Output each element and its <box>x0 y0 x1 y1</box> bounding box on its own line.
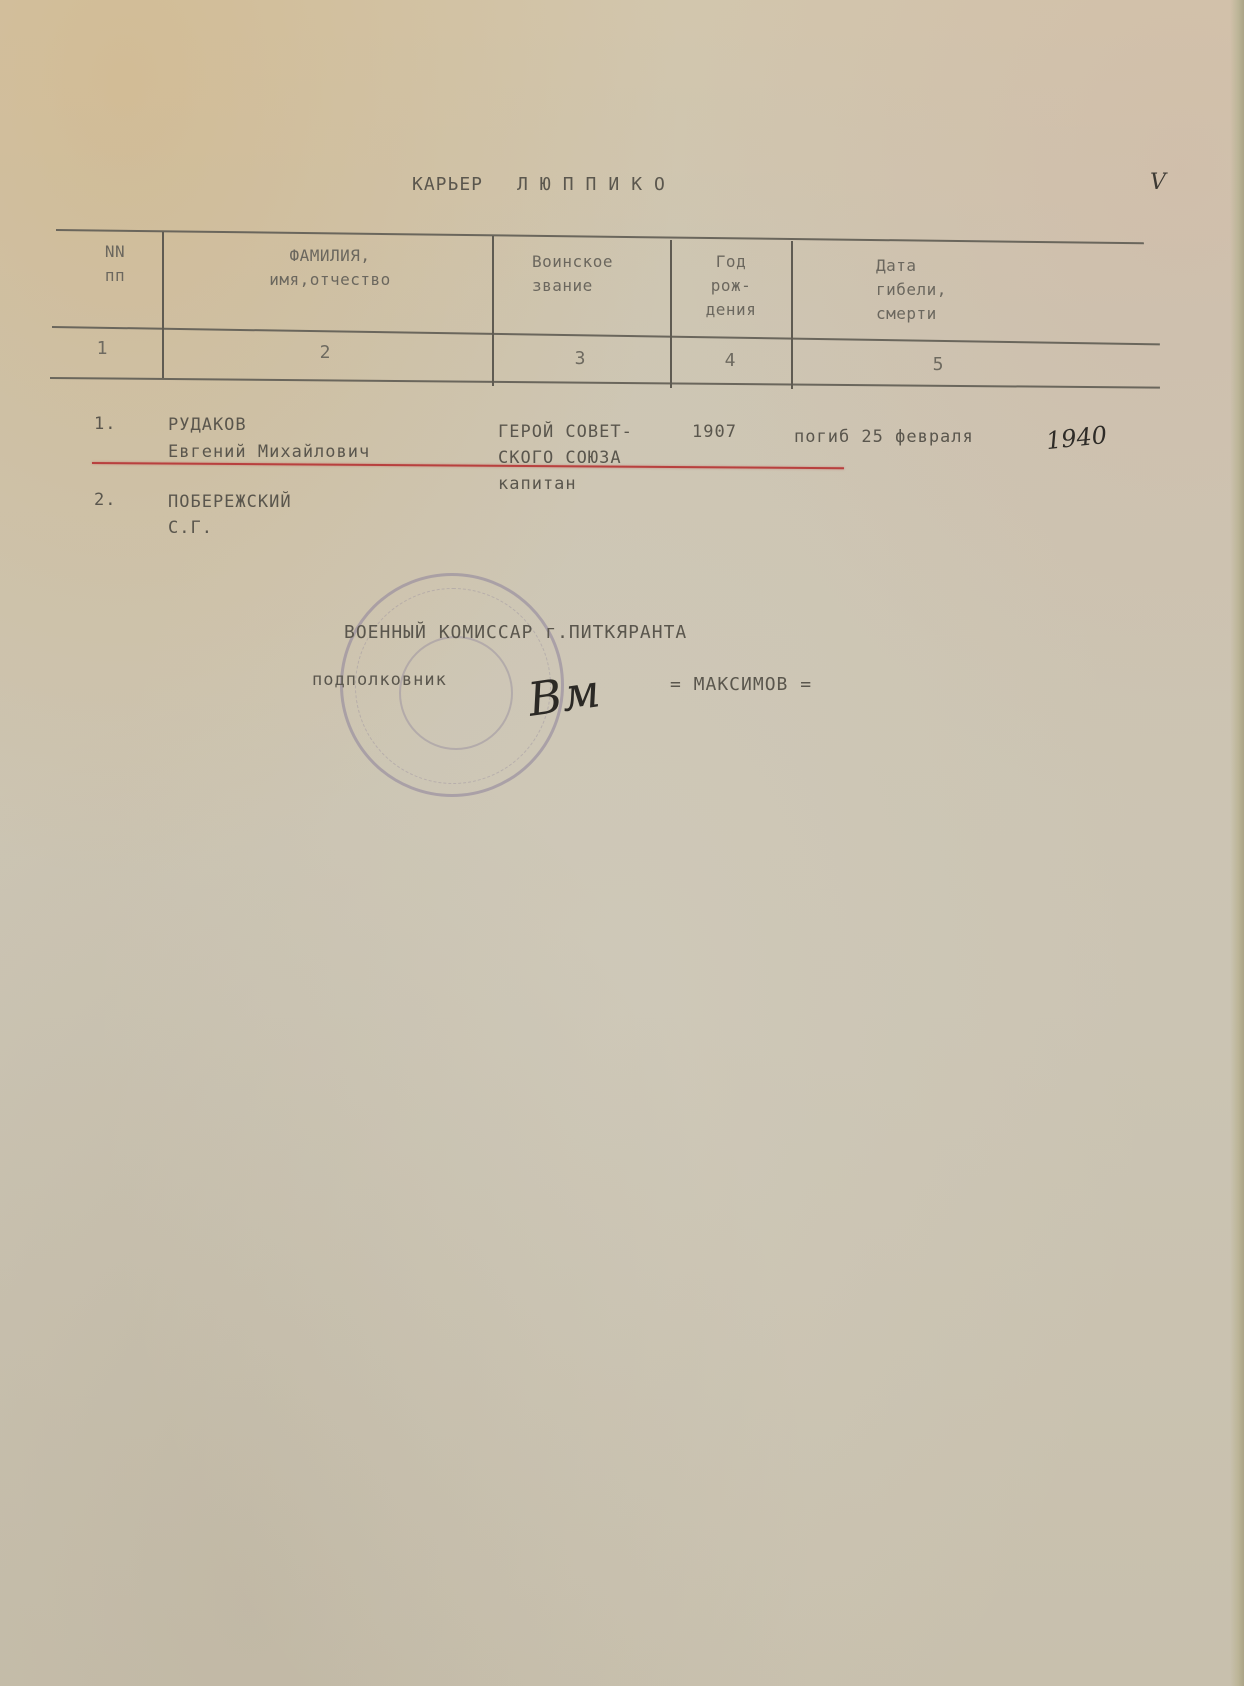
check-mark-icon: V <box>1150 170 1166 195</box>
column-number: 2 <box>300 342 350 363</box>
row-rank-line1: ГЕРОЙ СОВЕТ- <box>498 420 633 445</box>
table-column-divider <box>162 232 164 378</box>
document-title: КАРЬЕРЛЮППИКО <box>412 174 677 195</box>
row-number: 2. <box>94 488 116 513</box>
title-place: ЛЮППИКО <box>517 174 677 195</box>
title-quarry: КАРЬЕР <box>412 174 483 195</box>
column-number: 3 <box>560 348 600 369</box>
signatory-title: ВОЕННЫЙ КОМИССАР г.ПИТКЯРАНТА <box>344 622 687 643</box>
column-number: 4 <box>710 350 750 371</box>
header-col-number: NN пп <box>70 240 160 288</box>
signatory-rank: подполковник <box>312 670 447 690</box>
row-birth-year: 1907 <box>692 420 737 445</box>
table-column-divider <box>791 241 793 389</box>
row-rank-line3: капитан <box>498 472 577 497</box>
row-death-year-handwritten: 1940 <box>1045 423 1108 454</box>
paper-edge <box>1230 0 1244 1686</box>
table-column-divider <box>492 236 494 386</box>
header-col-rank: Воинское звание <box>500 250 670 298</box>
stamp-center <box>399 636 513 750</box>
header-col-name: ФАМИЛИЯ, имя,отчество <box>170 244 490 292</box>
signatory-name: = МАКСИМОВ = <box>670 674 812 695</box>
header-col-death-date: Дата гибели, смерти <box>876 254 1016 326</box>
row-given-names: С.Г. <box>168 516 213 541</box>
header-col-birth-year: Год рож- дения <box>672 250 790 322</box>
row-surname: РУДАКОВ <box>168 413 247 438</box>
row-death-date: погиб 25 февраля <box>794 425 974 450</box>
row-surname: ПОБЕРЕЖСКИЙ <box>168 490 292 515</box>
row-number: 1. <box>94 412 116 437</box>
column-number: 5 <box>918 354 958 375</box>
row-given-names: Евгений Михайлович <box>168 440 370 465</box>
handwritten-signature: Вм <box>525 663 604 726</box>
column-number: 1 <box>82 338 122 359</box>
